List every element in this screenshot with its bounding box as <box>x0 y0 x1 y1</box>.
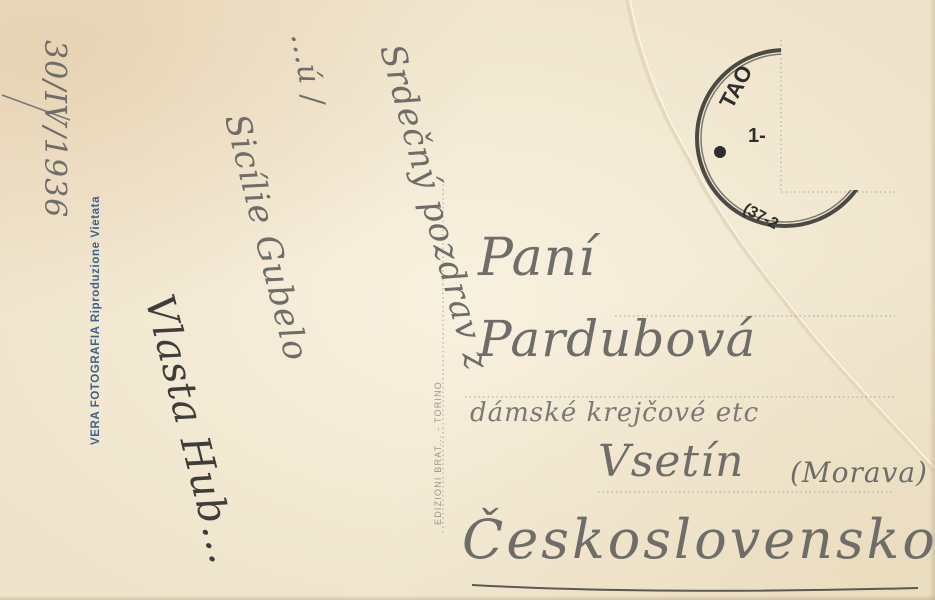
address-occupation: dámské krejčové etc <box>470 398 759 428</box>
message-date: 30/IV/1936 <box>37 40 72 218</box>
address-city: Vsetín <box>598 436 745 487</box>
address-country: Československo <box>462 508 935 571</box>
address-name: Pardubová <box>478 310 756 368</box>
publisher-imprint: EDIZIONI BRAT... - TORINO <box>433 381 443 525</box>
postcard-back: TAO 1- (37-2 30/IV/1936 VERA FOTOGRAFIA … <box>0 0 935 600</box>
postmark-year: (37-2 <box>740 201 781 234</box>
photo-credit: VERA FOTOGRAFIA Riproduzione Vietata <box>90 196 102 445</box>
card-edge-bottom <box>0 595 935 600</box>
postmark-town: TAO <box>714 61 757 112</box>
address-salutation: Paní <box>478 228 596 288</box>
postmark-day: 1- <box>748 125 766 147</box>
address-region: (Morava) <box>790 456 928 489</box>
card-edge-right <box>929 0 935 600</box>
